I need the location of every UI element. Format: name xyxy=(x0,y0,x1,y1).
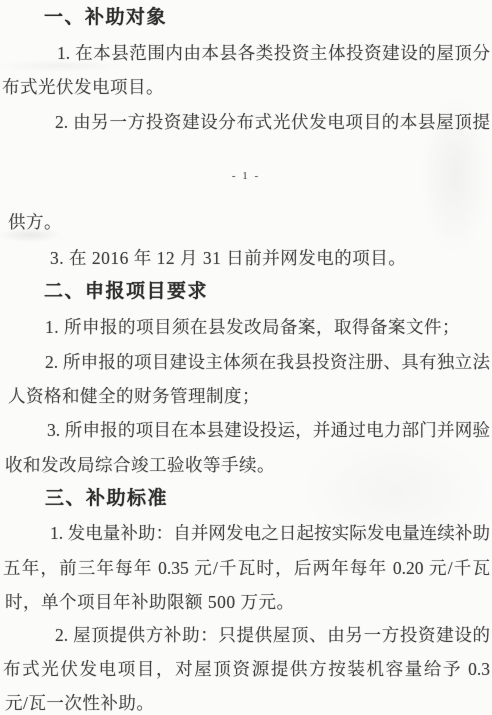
section-3-item-1-line-2: 五年，前三年每年 0.35 元/千瓦时，后两年每年 0.20 元/千瓦 xyxy=(3,556,490,582)
section-1-item-2-line-1: 2. 由另一方投资建设分布式光伏发电项目的本县屋顶提 xyxy=(55,110,490,136)
page-number: - 1 - xyxy=(0,170,492,182)
section-3-item-1-line-3: 时，单个项目年补助限额 500 万元。 xyxy=(5,590,295,616)
section-1-item-1-line-2: 布式光伏发电项目。 xyxy=(2,75,164,101)
section-3-item-1-line-1: 1. 发电量补助：自并网发电之日起按实际发电量连续补助 xyxy=(50,521,490,547)
section-1-item-2-line-2: 供方。 xyxy=(8,210,62,236)
section-2-item-2-line-2: 人资格和健全的财务管理制度； xyxy=(8,384,260,410)
section-3-item-2-line-2: 布式光伏发电项目，对屋顶资源提供方按装机容量给予 0.3 xyxy=(3,657,490,683)
section-1-item-3: 3. 在 2016 年 12 月 31 日前并网发电的项目。 xyxy=(50,246,406,272)
section-2-item-1: 1. 所申报的项目须在县发改局备案，取得备案文件； xyxy=(45,315,460,341)
section-2-heading: 二、申报项目要求 xyxy=(44,280,208,306)
section-1-item-1-line-1: 1. 在本县范围内由本县各类投资主体投资建设的屋顶分 xyxy=(57,41,490,67)
section-2-item-2-line-1: 2. 所申报的项目建设主体须在我县投资注册、具有独立法 xyxy=(45,350,490,376)
section-3-item-2-line-1: 2. 屋顶提供方补助：只提供屋顶、由另一方投资建设的分 xyxy=(55,623,490,649)
section-1-heading: 一、补助对象 xyxy=(44,6,167,32)
document-page: 一、补助对象 1. 在本县范围内由本县各类投资主体投资建设的屋顶分 布式光伏发电… xyxy=(0,0,492,715)
section-3-item-2-line-3: 元/瓦一次性补助。 xyxy=(5,691,154,715)
section-2-item-3-line-2: 收和发改局综合竣工验收等手续。 xyxy=(5,453,275,479)
section-3-heading: 三、补助标准 xyxy=(45,487,168,513)
section-2-item-3-line-1: 3. 所申报的项目在本县建设投运，并通过电力部门并网验 xyxy=(47,418,490,444)
